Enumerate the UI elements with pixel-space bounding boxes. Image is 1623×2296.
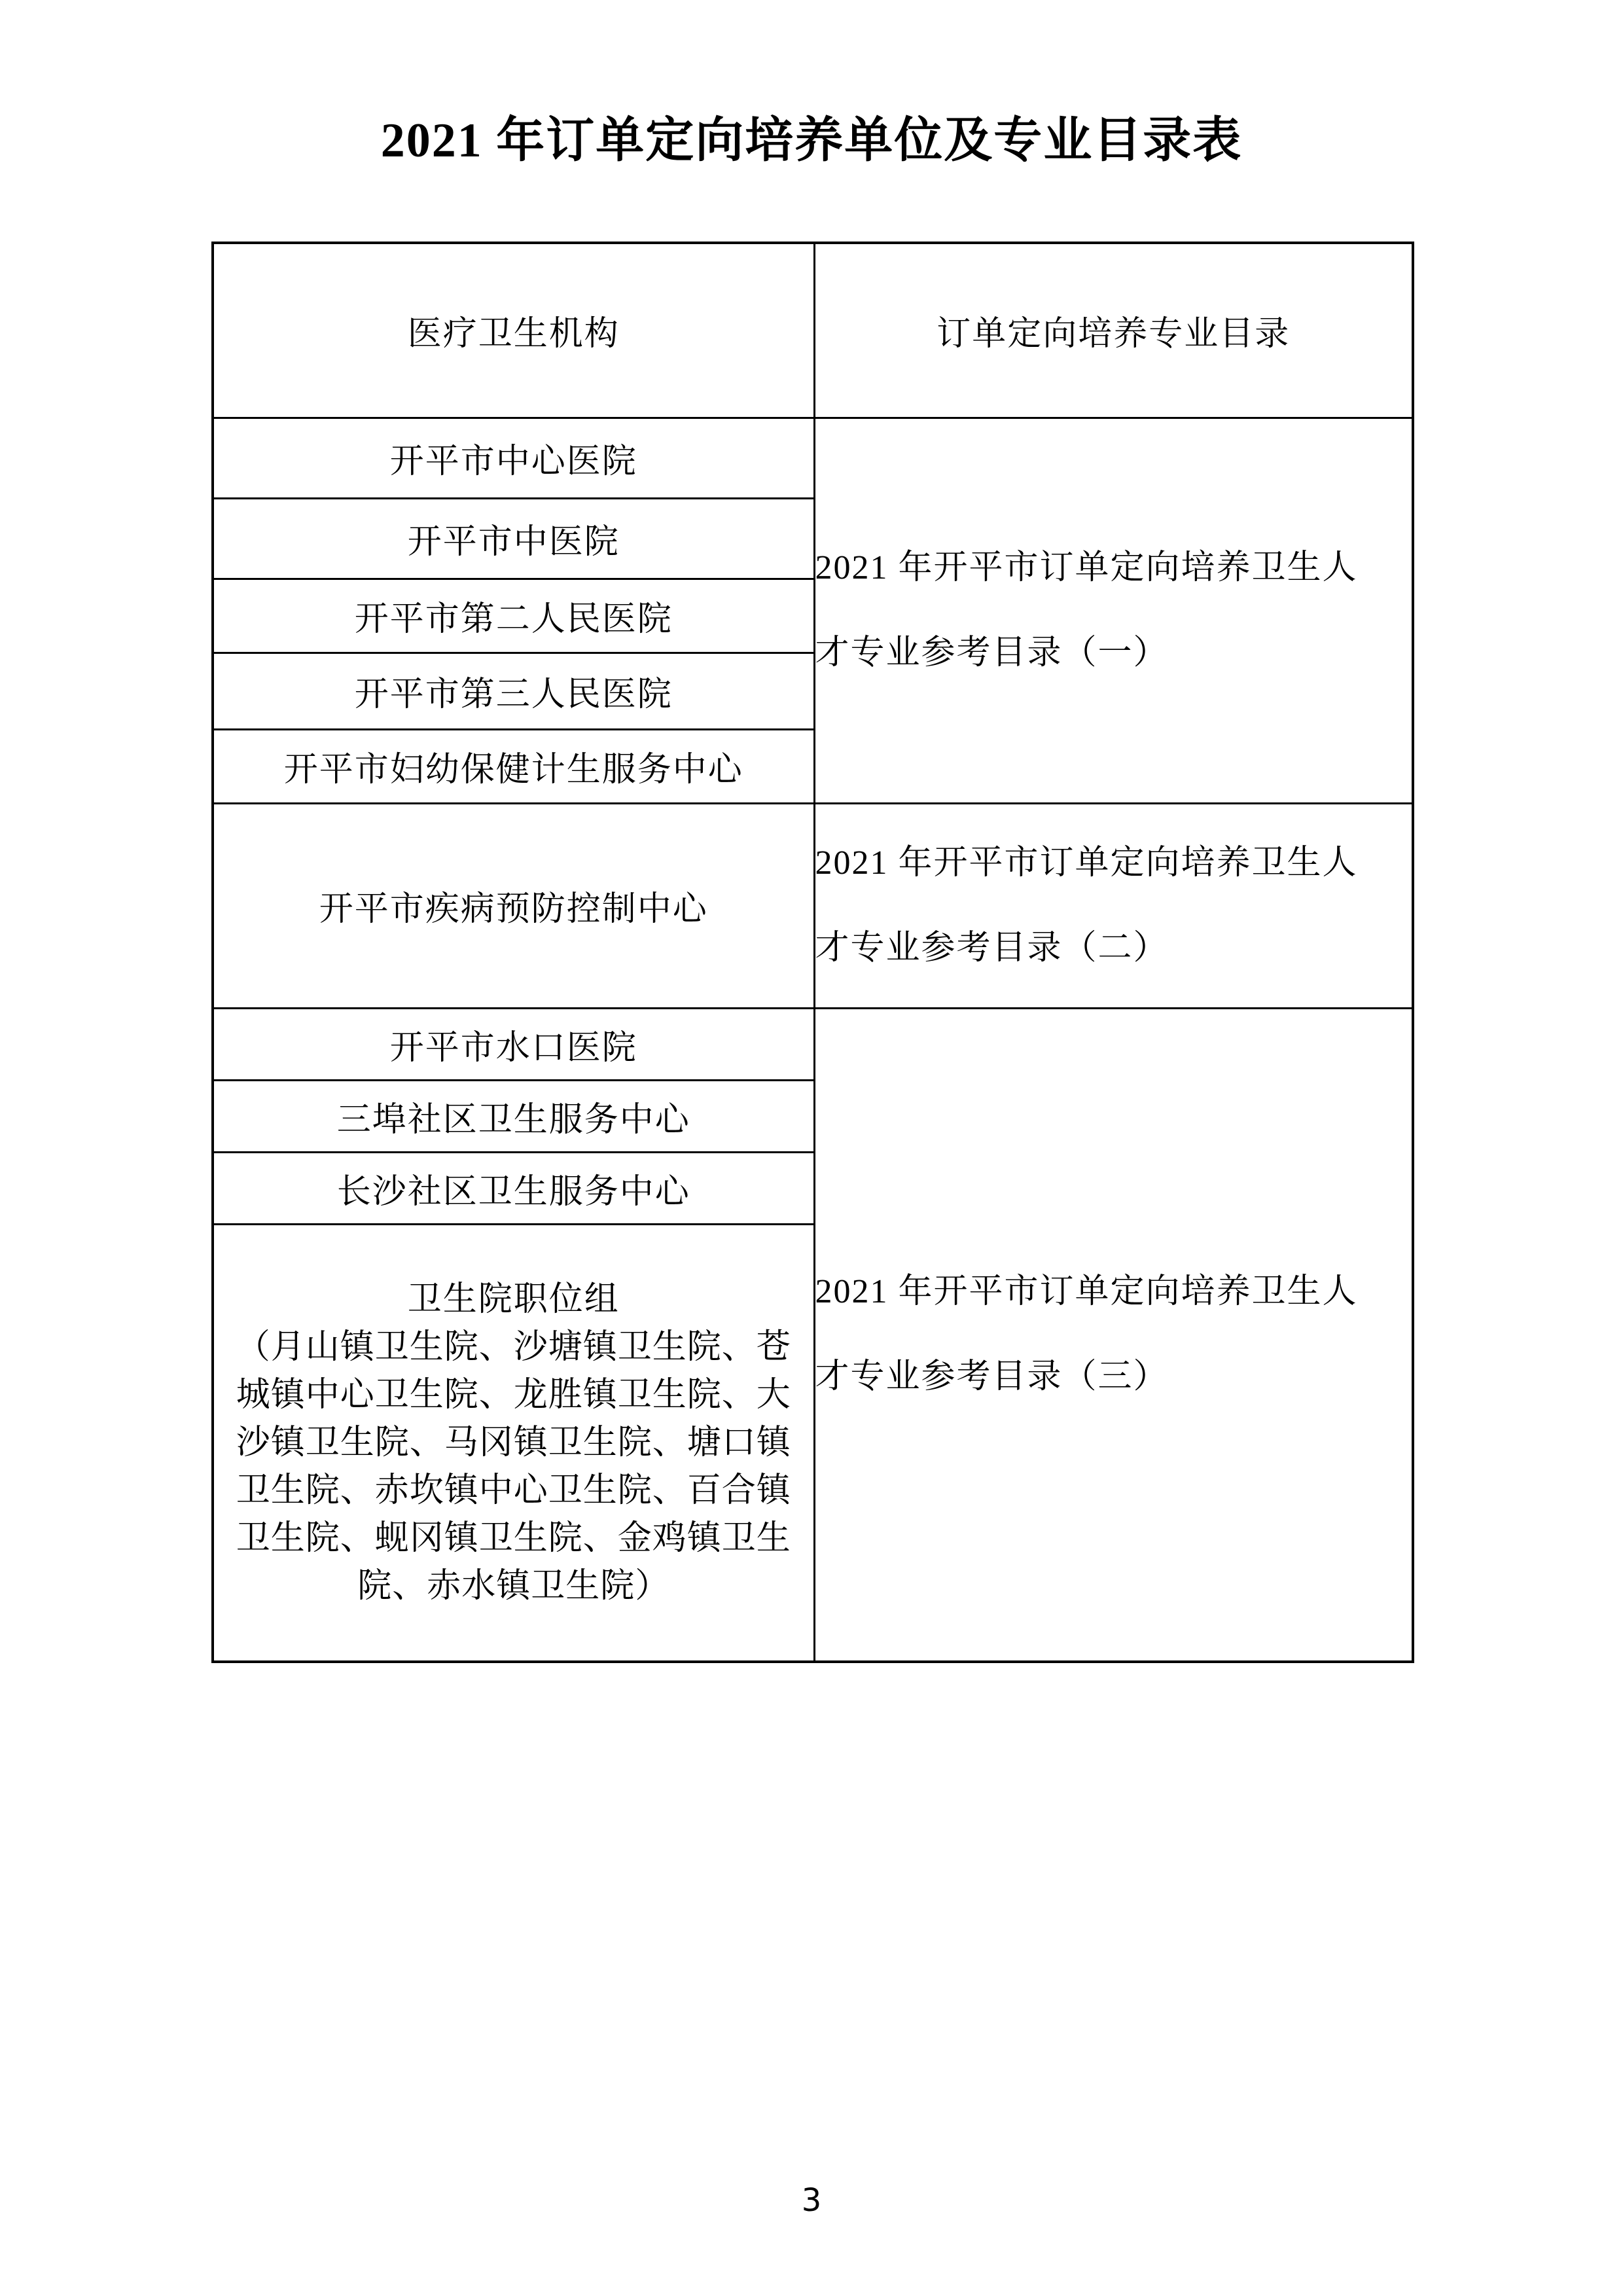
- header-catalog-cell: 订单定向培养专业目录: [814, 243, 1413, 418]
- document-page: 2021 年订单定向培养单位及专业目录表 医疗卫生机构 订单定向培养专业目录 开…: [0, 0, 1623, 2296]
- institution-cell: 开平市水口医院: [213, 1008, 814, 1080]
- institution-cell: 开平市第二人民医院: [213, 579, 814, 653]
- catalog-cell-1: 2021 年开平市订单定向培养卫生人 才专业参考目录（一）: [814, 418, 1413, 803]
- institution-cell: 开平市中医院: [213, 498, 814, 579]
- table-row: 开平市水口医院 2021 年开平市订单定向培养卫生人 才专业参考目录（三）: [213, 1008, 1413, 1080]
- institution-cell: 开平市疾病预防控制中心: [213, 803, 814, 1008]
- health-center-group-title: 卫生院职位组: [214, 1276, 813, 1323]
- catalog-cell-2: 2021 年开平市订单定向培养卫生人 才专业参考目录（二）: [814, 803, 1413, 1008]
- health-center-group-line: 城镇中心卫生院、龙胜镇卫生院、大: [214, 1371, 813, 1419]
- catalog-line: 才专业参考目录（三）: [815, 1335, 1412, 1420]
- health-center-group-line: 卫生院、蚬冈镇卫生院、金鸡镇卫生: [214, 1515, 813, 1562]
- catalog-cell-3: 2021 年开平市订单定向培养卫生人 才专业参考目录（三）: [814, 1008, 1413, 1662]
- institution-cell: 长沙社区卫生服务中心: [213, 1152, 814, 1224]
- catalog-line: 才专业参考目录（一）: [815, 611, 1412, 696]
- catalog-line: 2021 年开平市订单定向培养卫生人: [815, 1249, 1412, 1335]
- catalog-line: 2021 年开平市订单定向培养卫生人: [815, 821, 1412, 906]
- health-center-group-line: 院、赤水镇卫生院）: [214, 1562, 813, 1610]
- catalog-line: 2021 年开平市订单定向培养卫生人: [815, 526, 1412, 611]
- institution-cell: 开平市中心医院: [213, 418, 814, 498]
- table-header-row: 医疗卫生机构 订单定向培养专业目录: [213, 243, 1413, 418]
- page-number: 3: [0, 2181, 1623, 2220]
- institution-cell: 开平市第三人民医院: [213, 653, 814, 729]
- institution-cell: 开平市妇幼保健计生服务中心: [213, 729, 814, 803]
- health-center-group-line: （月山镇卫生院、沙塘镇卫生院、苍: [214, 1323, 813, 1371]
- table-row: 开平市疾病预防控制中心 2021 年开平市订单定向培养卫生人 才专业参考目录（二…: [213, 803, 1413, 1008]
- catalog-line: 才专业参考目录（二）: [815, 906, 1412, 991]
- training-catalog-table: 医疗卫生机构 订单定向培养专业目录 开平市中心医院 2021 年开平市订单定向培…: [211, 242, 1414, 1663]
- document-title: 2021 年订单定向培养单位及专业目录表: [0, 106, 1623, 175]
- health-center-group-line: 沙镇卫生院、马冈镇卫生院、塘口镇: [214, 1419, 813, 1467]
- header-institution-cell: 医疗卫生机构: [213, 243, 814, 418]
- institution-cell: 三埠社区卫生服务中心: [213, 1080, 814, 1152]
- health-center-group-line: 卫生院、赤坎镇中心卫生院、百合镇: [214, 1467, 813, 1515]
- health-center-group-cell: 卫生院职位组 （月山镇卫生院、沙塘镇卫生院、苍 城镇中心卫生院、龙胜镇卫生院、大…: [213, 1224, 814, 1662]
- table-row: 开平市中心医院 2021 年开平市订单定向培养卫生人 才专业参考目录（一）: [213, 418, 1413, 498]
